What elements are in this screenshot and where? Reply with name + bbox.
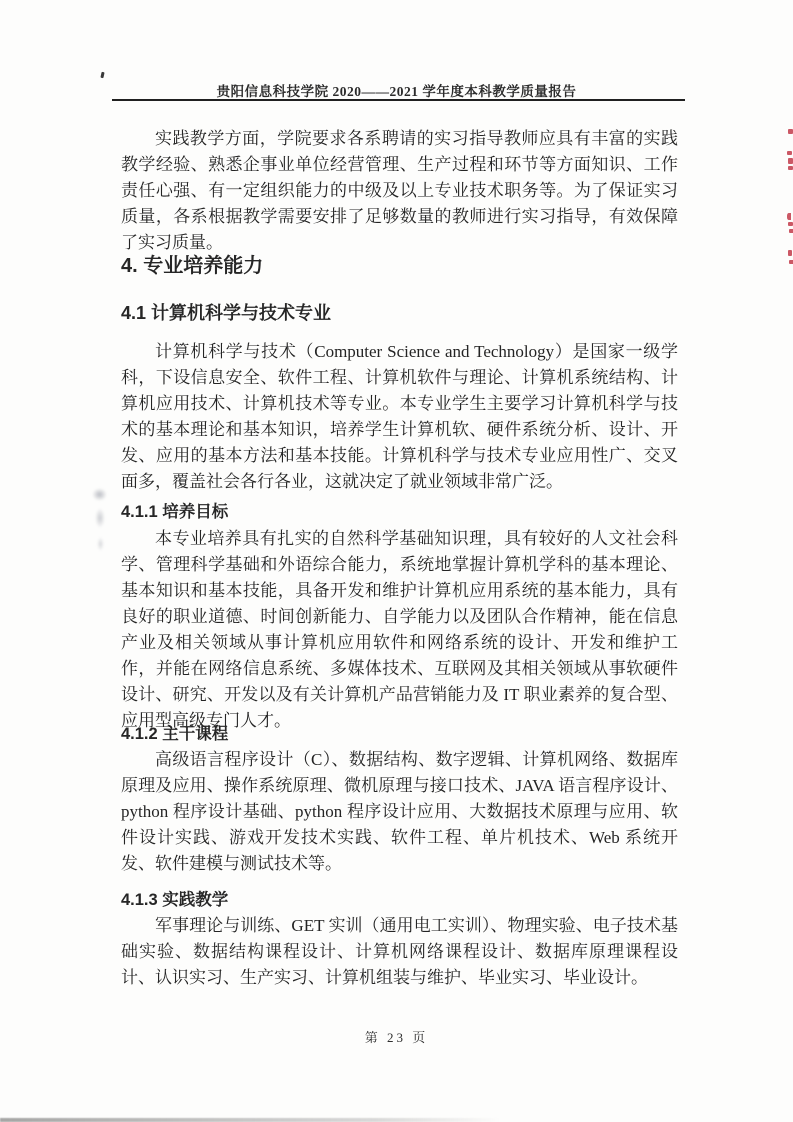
paragraph-major-overview: 计算机科学与技术（Computer Science and Technology… xyxy=(121,339,678,495)
red-ink-mark xyxy=(788,250,792,256)
red-ink-mark xyxy=(788,129,793,134)
scan-smudge xyxy=(97,537,104,551)
red-ink-mark xyxy=(789,229,793,233)
paragraph-practice-courses: 军事理论与训练、GET 实训（通用电工实训）、物理实验、电子技术基础实验、数据结… xyxy=(121,913,678,991)
scan-edge-shadow xyxy=(0,1118,500,1122)
red-ink-mark xyxy=(788,222,793,226)
scanned-document-page: 贵阳信息科技学院 2020——2021 学年度本科教学质量报告 实践教学方面，学… xyxy=(0,0,793,1122)
scan-smudge xyxy=(95,508,105,528)
red-ink-mark xyxy=(787,151,792,155)
red-ink-mark xyxy=(788,166,793,170)
ink-speck xyxy=(100,72,104,78)
subsubsection-heading-4-1-3: 4.1.3 实践教学 xyxy=(121,886,678,910)
red-ink-mark xyxy=(788,158,793,164)
subsection-heading-4-1: 4.1 计算机科学与技术专业 xyxy=(121,299,678,325)
red-ink-mark xyxy=(789,260,793,264)
header-rule xyxy=(112,99,685,101)
subsubsection-heading-4-1-1: 4.1.1 培养目标 xyxy=(121,498,678,522)
paragraph-practice-teaching-summary: 实践教学方面，学院要求各系聘请的实习指导教师应具有丰富的实践教学经验、熟悉企事业… xyxy=(121,126,678,256)
running-header-title: 贵阳信息科技学院 2020——2021 学年度本科教学质量报告 xyxy=(0,80,793,100)
paragraph-training-goal: 本专业培养具有扎实的自然科学基础知识理，具有较好的人文社会科学、管理科学基础和外… xyxy=(121,526,678,734)
section-heading-4: 4. 专业培养能力 xyxy=(121,249,678,278)
subsubsection-heading-4-1-2: 4.1.2 主干课程 xyxy=(121,720,678,744)
paragraph-core-courses: 高级语言程序设计（C）、数据结构、数字逻辑、计算机网络、数据库原理及应用、操作系… xyxy=(121,747,678,877)
page-number: 第 23 页 xyxy=(0,1027,793,1046)
red-ink-mark xyxy=(787,213,791,220)
scan-smudge xyxy=(92,488,107,501)
